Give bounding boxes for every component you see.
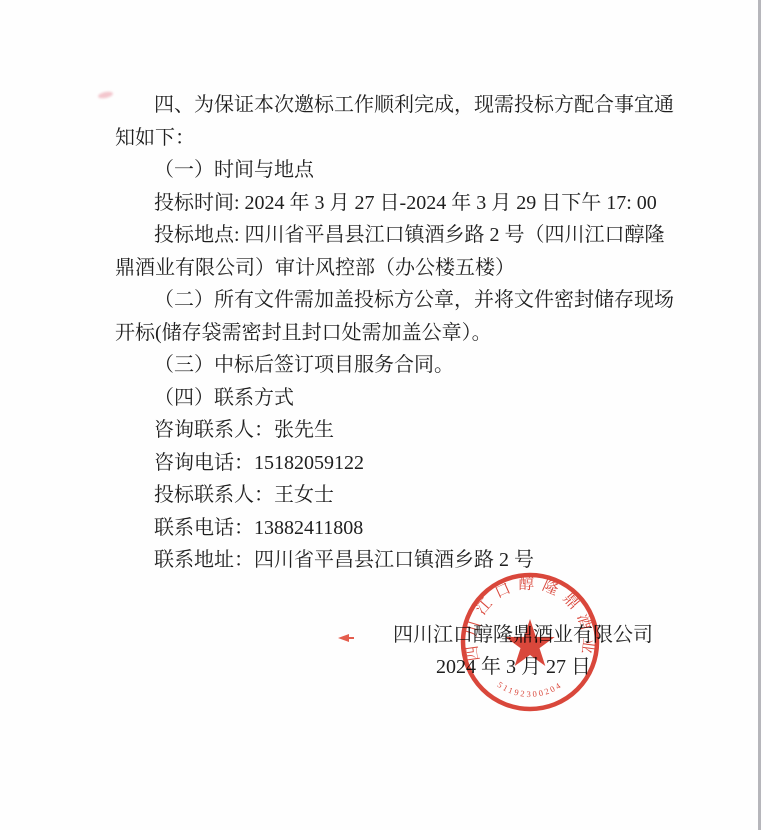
red-pen-arrow-mark	[338, 634, 354, 642]
arrow-tail	[349, 637, 354, 639]
document-line: 投标联系人：王女士	[115, 479, 681, 512]
document-line: 咨询电话：15182059122	[115, 447, 681, 480]
pink-smudge-mark	[98, 91, 114, 100]
document-line: 四、为保证本次邀标工作顺利完成，现需投标方配合事宜通	[115, 89, 681, 122]
document-line: 投标地点: 四川省平昌县江口镇酒乡路 2 号（四川江口醇隆	[115, 219, 681, 252]
scanner-page-edge	[758, 0, 761, 830]
document-line: （一）时间与地点	[115, 154, 681, 187]
document-line: （四）联系方式	[115, 382, 681, 415]
arrow-head	[338, 634, 349, 642]
scanned-document-page: 四、为保证本次邀标工作顺利完成，现需投标方配合事宜通 知如下： （一）时间与地点…	[0, 0, 763, 830]
document-line: （三）中标后签订项目服务合同。	[115, 349, 681, 382]
document-line: 联系电话：13882411808	[115, 512, 681, 545]
document-line: 咨询联系人：张先生	[115, 414, 681, 447]
document-line: 投标时间: 2024 年 3 月 27 日-2024 年 3 月 29 日下午 …	[115, 187, 681, 220]
company-seal: 四川江口醇隆鼎酒业有限公司 5119230020400	[458, 570, 602, 714]
document-line: 知如下：	[115, 122, 681, 155]
document-line: 鼎酒业有限公司）审计风控部（办公楼五楼）	[115, 252, 681, 285]
document-line: 开标(储存袋需密封且封口处需加盖公章）。	[115, 317, 681, 350]
seal-star-icon	[505, 619, 554, 666]
document-line: （二）所有文件需加盖投标方公章，并将文件密封储存现场	[115, 284, 681, 317]
